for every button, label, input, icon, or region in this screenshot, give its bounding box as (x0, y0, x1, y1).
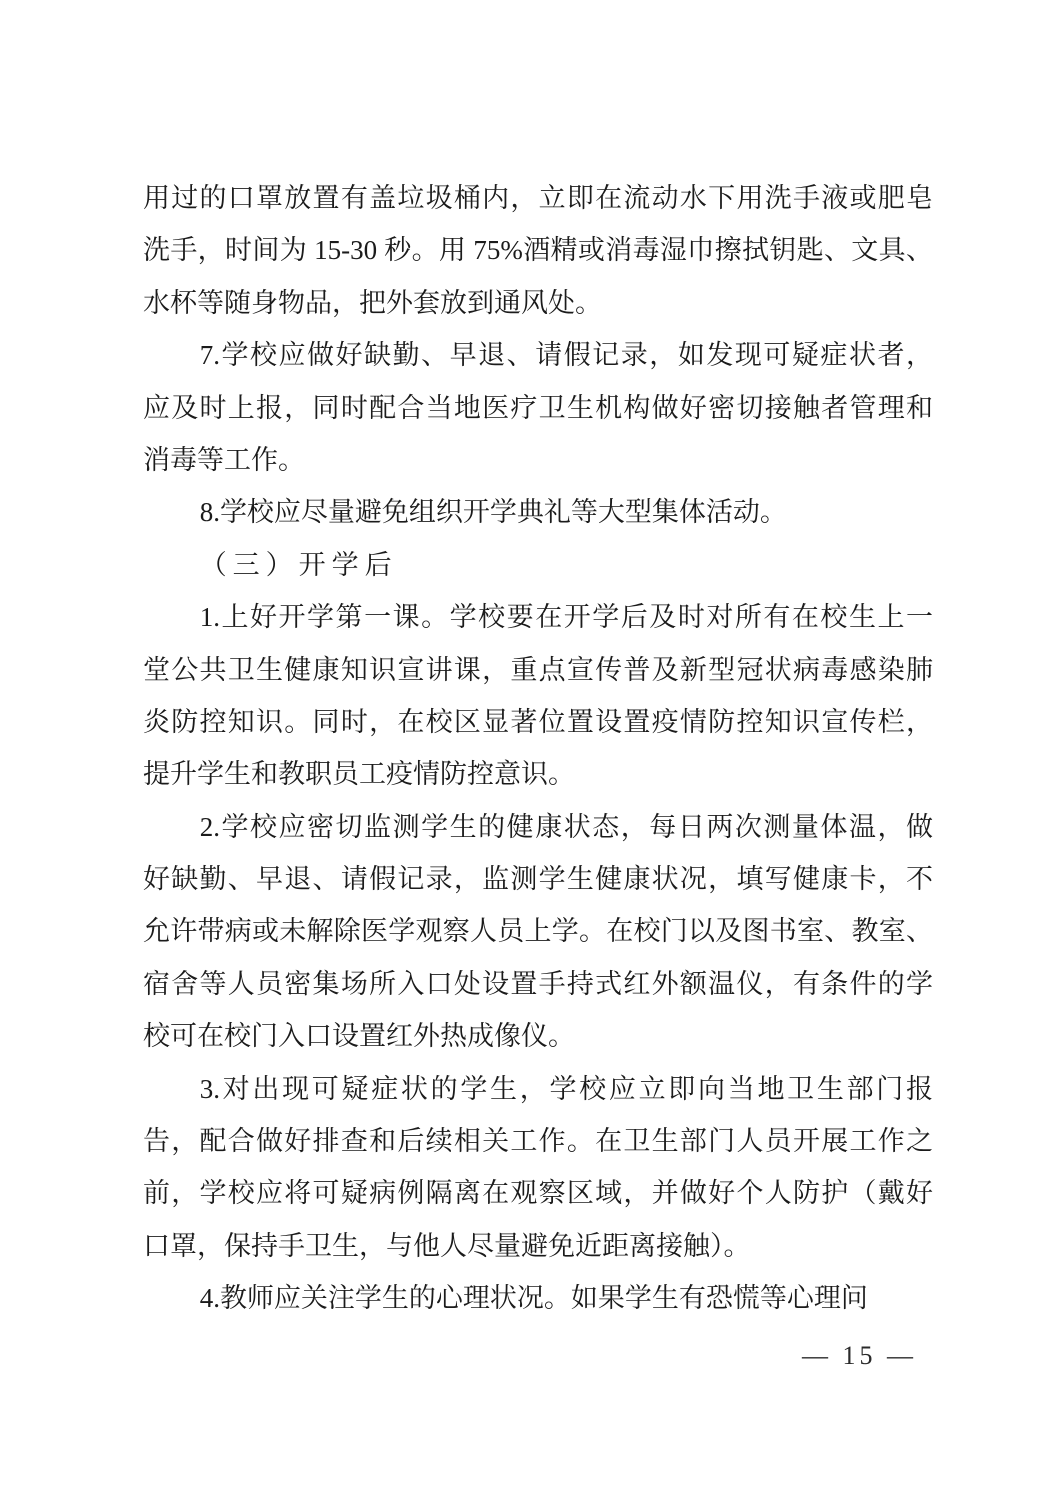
text-line: 1.上好开学第一课。学校要在开学后及时对所有在校生上一 (143, 591, 933, 643)
page-number: — 15 — (802, 1336, 917, 1376)
paragraph: 3.对出现可疑症状的学生，学校应立即向当地卫生部门报告，配合做好排查和后续相关工… (143, 1063, 933, 1273)
text-line: 炎防控知识。同时，在校区显著位置设置疫情防控知识宣传栏， (143, 696, 933, 748)
paragraph: 4.教师应关注学生的心理状况。如果学生有恐慌等心理问 (143, 1272, 933, 1324)
section-heading: （三）开学后 (143, 539, 933, 591)
text-line: 允许带病或未解除医学观察人员上学。在校门以及图书室、教室、 (143, 905, 933, 957)
text-line: 宿舍等人员密集场所入口处设置手持式红外额温仪，有条件的学 (143, 958, 933, 1010)
paragraph: 1.上好开学第一课。学校要在开学后及时对所有在校生上一堂公共卫生健康知识宣讲课，… (143, 591, 933, 801)
text-line: 4.教师应关注学生的心理状况。如果学生有恐慌等心理问 (143, 1272, 933, 1324)
text-line: 7.学校应做好缺勤、早退、请假记录，如发现可疑症状者， (143, 329, 933, 381)
paragraph: 用过的口罩放置有盖垃圾桶内，立即在流动水下用洗手液或肥皂洗手，时间为 15-30… (143, 172, 933, 329)
text-line: 口罩，保持手卫生，与他人尽量避免近距离接触）。 (143, 1220, 933, 1272)
document-page: 用过的口罩放置有盖垃圾桶内，立即在流动水下用洗手液或肥皂洗手，时间为 15-30… (0, 0, 1060, 1500)
text-line: 水杯等随身物品，把外套放到通风处。 (143, 277, 933, 329)
document-body: 用过的口罩放置有盖垃圾桶内，立即在流动水下用洗手液或肥皂洗手，时间为 15-30… (143, 172, 933, 1325)
text-line: 洗手，时间为 15-30 秒。用 75%酒精或消毒湿巾擦拭钥匙、文具、 (143, 224, 933, 276)
paragraph: 7.学校应做好缺勤、早退、请假记录，如发现可疑症状者，应及时上报，同时配合当地医… (143, 329, 933, 486)
paragraph: 2.学校应密切监测学生的健康状态，每日两次测量体温，做好缺勤、早退、请假记录，监… (143, 801, 933, 1063)
text-line: 提升学生和教职员工疫情防控意识。 (143, 748, 933, 800)
text-line: 消毒等工作。 (143, 434, 933, 486)
text-line: 3.对出现可疑症状的学生，学校应立即向当地卫生部门报 (143, 1063, 933, 1115)
text-line: 前，学校应将可疑病例隔离在观察区域，并做好个人防护（戴好 (143, 1167, 933, 1219)
text-line: 好缺勤、早退、请假记录，监测学生健康状况，填写健康卡，不 (143, 853, 933, 905)
paragraph: 8.学校应尽量避免组织开学典礼等大型集体活动。 (143, 486, 933, 538)
text-line: 应及时上报，同时配合当地医疗卫生机构做好密切接触者管理和 (143, 382, 933, 434)
text-line: 堂公共卫生健康知识宣讲课，重点宣传普及新型冠状病毒感染肺 (143, 644, 933, 696)
text-line: 告，配合做好排查和后续相关工作。在卫生部门人员开展工作之 (143, 1115, 933, 1167)
section-heading-line: （三）开学后 (143, 539, 933, 591)
text-line: 用过的口罩放置有盖垃圾桶内，立即在流动水下用洗手液或肥皂 (143, 172, 933, 224)
text-line: 8.学校应尽量避免组织开学典礼等大型集体活动。 (143, 486, 933, 538)
text-line: 校可在校门入口设置红外热成像仪。 (143, 1010, 933, 1062)
text-line: 2.学校应密切监测学生的健康状态，每日两次测量体温，做 (143, 801, 933, 853)
